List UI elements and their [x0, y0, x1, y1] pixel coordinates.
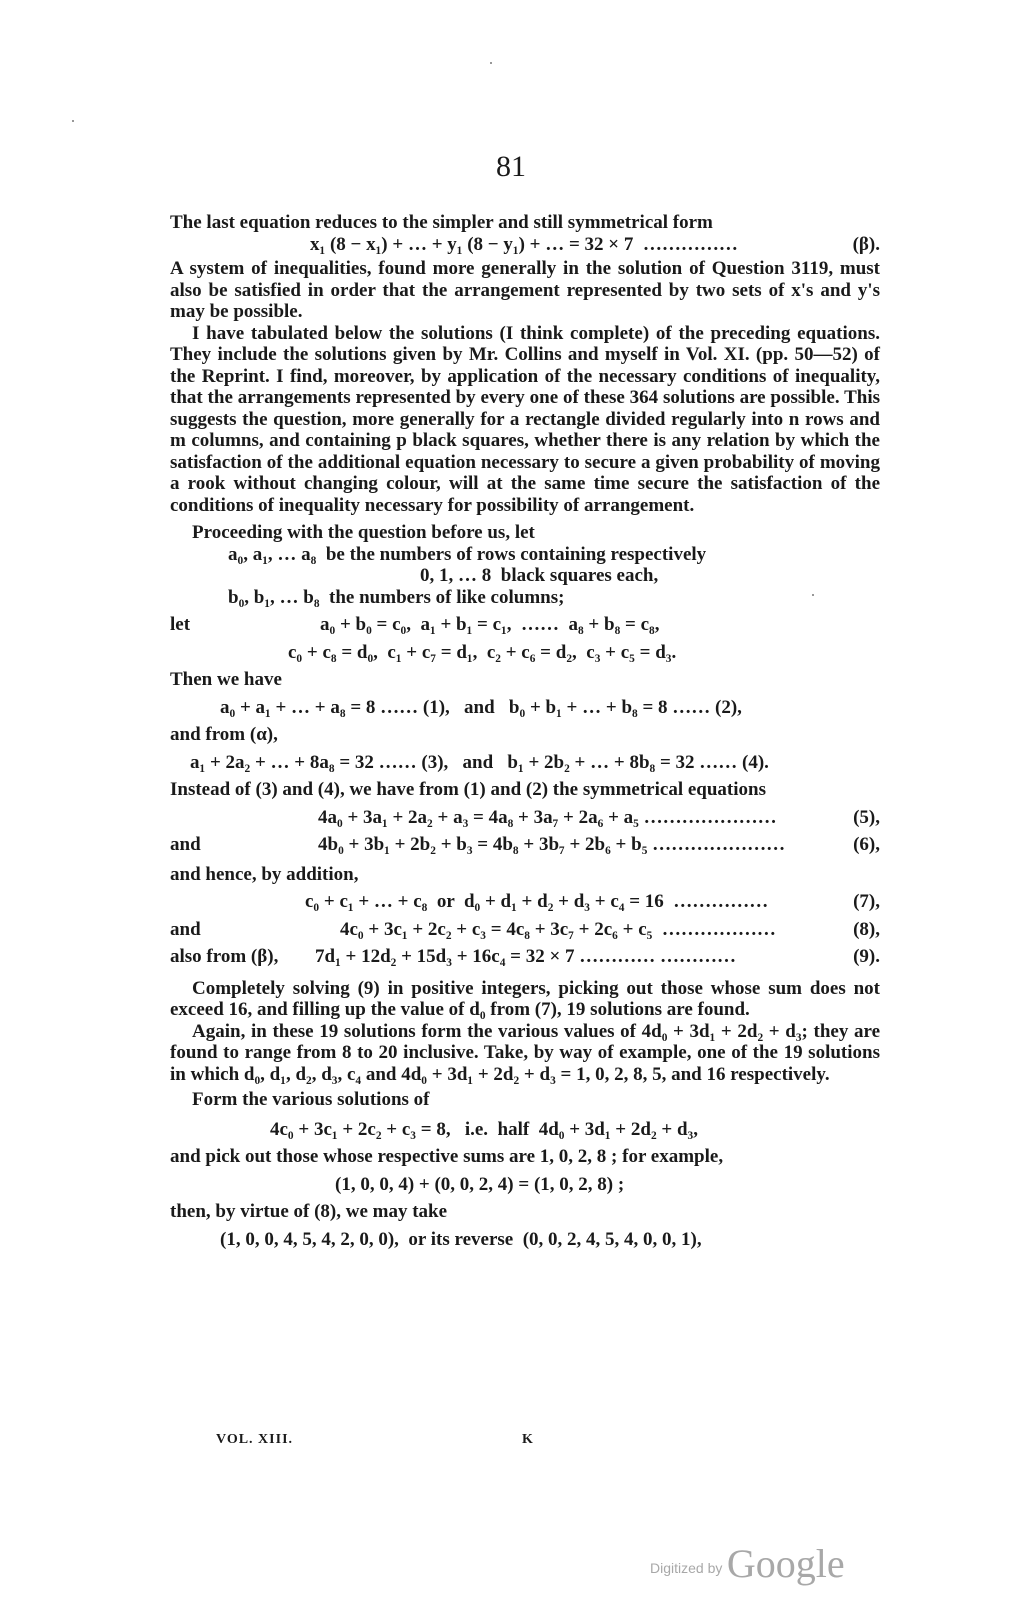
equation-beta-body: x₁ (8 − x₁) + … + y₁ (8 − y₁) + … = 32 ×…	[310, 234, 738, 256]
equation-6: and 4b₀ + 3b₁ + 2b₂ + b₃ = 4b₈ + 3b₇ + 2…	[170, 834, 880, 856]
paragraph-inequalities: A system of inequalities, found more gen…	[170, 258, 880, 323]
scan-speck	[812, 594, 814, 596]
equation-9-body: 7d₁ + 12d₂ + 15d₃ + 16c₄ = 32 × 7 ………… ……	[315, 946, 853, 968]
equation-example: (1, 0, 0, 4) + (0, 0, 2, 4) = (1, 0, 2, …	[170, 1174, 880, 1196]
equation-take: (1, 0, 0, 4, 5, 4, 2, 0, 0), or its reve…	[170, 1229, 880, 1251]
equation-c-line: let a₀ + b₀ = c₀, a₁ + b₁ = c₁, …… a₈ + …	[170, 614, 880, 636]
equation-8: and 4c₀ + 3c₁ + 2c₂ + c₃ = 4c₈ + 3c₇ + 2…	[170, 919, 880, 941]
equation-6-body: 4b₀ + 3b₁ + 2b₂ + b₃ = 4b₈ + 3b₇ + 2b₆ +…	[318, 834, 853, 856]
equation-8-body: 4c₀ + 3c₁ + 2c₂ + c₃ = 4c₈ + 3c₇ + 2c₆ +…	[340, 919, 853, 941]
equation-7-tag: (7),	[853, 891, 880, 913]
equation-5-tag: (5),	[853, 807, 880, 829]
paragraph-reduces: The last equation reduces to the simpler…	[170, 212, 880, 234]
equation-5-body: 4a₀ + 3a₁ + 2a₂ + a₃ = 4a₈ + 3a₇ + 2a₆ +…	[318, 807, 777, 829]
scan-speck	[490, 62, 492, 64]
also-from-beta: also from (β),	[170, 946, 315, 968]
equation-beta: x₁ (8 − x₁) + … + y₁ (8 − y₁) + … = 32 ×…	[170, 234, 880, 256]
equation-3-4: a₁ + 2a₂ + … + 8a₈ = 32 …… (3), and b₁ +…	[170, 752, 880, 774]
and-hence: and hence, by addition,	[170, 864, 880, 886]
equation-beta-tag: (β).	[853, 234, 880, 256]
scan-speck	[72, 120, 74, 122]
equation-9: also from (β), 7d₁ + 12d₂ + 15d₃ + 16c₄ …	[170, 946, 880, 968]
definition-a: a₀, a₁, … a₈ be the numbers of rows cont…	[170, 544, 880, 566]
paragraph-instead: Instead of (3) and (4), we have from (1)…	[170, 779, 880, 801]
equation-d: c₀ + c₈ = d₀, c₁ + c₇ = d₁, c₂ + c₆ = d₂…	[170, 642, 880, 664]
equation-7-body: c₀ + c₁ + … + c₈ or d₀ + d₁ + d₂ + d₃ + …	[305, 891, 768, 913]
google-watermark: Digitized by Google	[650, 1540, 845, 1587]
paragraph-proceeding: Proceeding with the question before us, …	[170, 522, 880, 544]
and-label: and	[170, 919, 340, 941]
watermark-prefix: Digitized by	[650, 1560, 722, 1576]
footer-signature: K	[522, 1432, 533, 1448]
paragraph-then: then, by virtue of (8), we may take	[170, 1201, 880, 1223]
paragraph-again: Again, in these 19 solutions form the va…	[170, 1021, 880, 1086]
footer-volume: VOL. XIII.	[216, 1432, 293, 1448]
paragraph-tabulated: I have tabulated below the solutions (I …	[170, 323, 880, 517]
equation-c: a₀ + b₀ = c₀, a₁ + b₁ = c₁, …… a₈ + b₈ =…	[320, 614, 659, 636]
and-label: and	[170, 834, 318, 856]
and-from-alpha: and from (α),	[170, 724, 880, 746]
equation-8-tag: (8),	[853, 919, 880, 941]
let-label: let	[170, 614, 320, 636]
equation-6-tag: (6),	[853, 834, 880, 856]
equation-9-tag: (9).	[853, 946, 880, 968]
paragraph-form: Form the various solutions of	[170, 1089, 880, 1111]
definition-a-cont: 0, 1, … 8 black squares each,	[170, 565, 880, 587]
paragraph-pick-out: and pick out those whose respective sums…	[170, 1146, 880, 1168]
equation-7: c₀ + c₁ + … + c₈ or d₀ + d₁ + d₂ + d₃ + …	[170, 891, 880, 913]
definition-b: b₀, b₁, … b₈ the numbers of like columns…	[170, 587, 880, 609]
then-we-have: Then we have	[170, 669, 880, 691]
paragraph-completely: Completely solving (9) in positive integ…	[170, 978, 880, 1021]
main-text-column: The last equation reduces to the simpler…	[170, 212, 880, 1250]
equation-5: 4a₀ + 3a₁ + 2a₂ + a₃ = 4a₈ + 3a₇ + 2a₆ +…	[170, 807, 880, 829]
equation-half: 4c₀ + 3c₁ + 2c₂ + c₃ = 8, i.e. half 4d₀ …	[170, 1119, 880, 1141]
google-logo: Google	[727, 1541, 845, 1586]
equation-1-2: a₀ + a₁ + … + a₈ = 8 …… (1), and b₀ + b₁…	[170, 697, 880, 719]
page-number: 81	[0, 150, 1022, 184]
